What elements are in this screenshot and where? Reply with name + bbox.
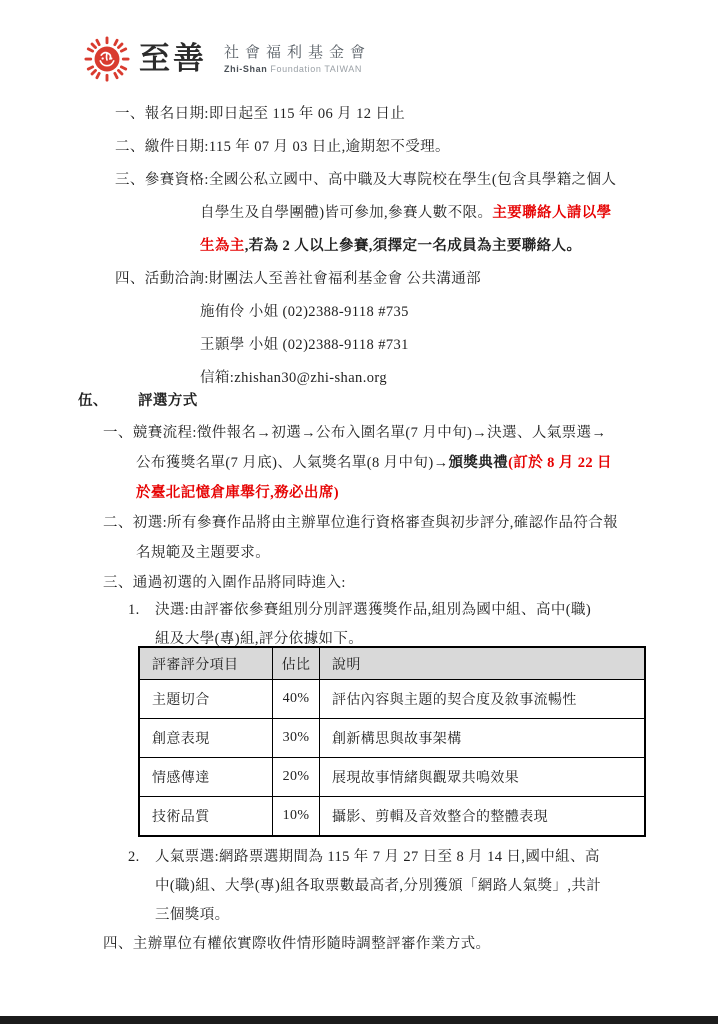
table-cell: 情感傳達: [139, 758, 273, 797]
text-segment: 生為主: [200, 238, 245, 254]
text-segment: 組及大學(專)組,評分依據如下。: [155, 631, 363, 647]
text-segment: 於臺北記憶倉庫舉行,務必出席): [136, 485, 339, 501]
table-cell: 30%: [273, 719, 320, 758]
table-row: 主題切合40%評估內容與主題的契合度及敘事流暢性: [139, 680, 645, 719]
text-segment: 四、主辦單位有權依實際收件情形隨時調整評審作業方式。: [103, 936, 490, 952]
table-cell: 40%: [273, 680, 320, 719]
line-preliminary-1: 二、初選:所有參賽作品將由主辦單位進行資格審查與初步評分,確認作品符合報: [103, 514, 618, 532]
table-cell: 創意表現: [139, 719, 273, 758]
line-eligibility-2: 自學生及自學團體)皆可參加,參賽人數不限。主要聯絡人請以學: [200, 204, 612, 222]
line-preliminary-2: 名規範及主題要求。: [136, 544, 270, 562]
table-row: 技術品質10%攝影、剪輯及音效整合的整體表現: [139, 797, 645, 837]
text-segment: 2.: [128, 849, 140, 865]
table-header-cell: 佔比: [273, 647, 320, 680]
line-organizer-right: 四、主辦單位有權依實際收件情形隨時調整評審作業方式。: [103, 935, 490, 953]
line-contact-2: 王顥學 小姐 (02)2388-9118 #731: [200, 336, 409, 354]
table-row: 情感傳達20%展現故事情緒與觀眾共鳴效果: [139, 758, 645, 797]
table-row: 創意表現30%創新構思與故事架構: [139, 719, 645, 758]
line-final-1: 決選:由評審依參賽組別分別評選獲獎作品,組別為國中組、高中(職): [155, 601, 591, 619]
line-contact-email: 信箱:zhishan30@zhi-shan.org: [200, 369, 387, 387]
logo-org-zh: 社會福利基金會: [224, 44, 371, 61]
line-process-1: 一、競賽流程:徵件報名→初選→公布入圍名單(7 月中旬)→決選、人氣票選→: [103, 424, 606, 442]
line-submission-date: 二、繳件日期:115 年 07 月 03 日止,逾期恕不受理。: [115, 138, 450, 156]
text-segment: 三、通過初選的入圍作品將同時進入:: [103, 575, 346, 591]
table-cell: 10%: [273, 797, 320, 837]
text-segment: 公布獲獎名單(7 月底)、人氣獎名單(8 月中旬)→: [136, 455, 448, 471]
text-segment: 伍、: [78, 393, 108, 409]
text-segment: 人氣票選:網路票選期間為 115 年 7 月 27 日至 8 月 14 日,國中…: [155, 849, 600, 865]
table-header-cell: 評審評分項目: [139, 647, 273, 680]
text-segment: 二、初選:所有參賽作品將由主辦單位進行資格審查與初步評分,確認作品符合報: [103, 515, 618, 531]
text-segment: 名規範及主題要求。: [136, 545, 270, 561]
text-segment: 評選方式: [138, 393, 198, 409]
table-cell: 攝影、剪輯及音效整合的整體表現: [320, 797, 646, 837]
text-segment: 決選:由評審依參賽組別分別評選獲獎作品,組別為國中組、高中(職): [155, 602, 591, 618]
line-contact-1: 施侑伶 小姐 (02)2388-9118 #735: [200, 303, 409, 321]
section-title-evaluation: 評選方式: [138, 392, 198, 410]
text-segment: 信箱:zhishan30@zhi-shan.org: [200, 370, 387, 386]
table-cell: 展現故事情緒與觀眾共鳴效果: [320, 758, 646, 797]
line-eligibility-1: 三、參賽資格:全國公私立國中、高中職及大專院校在學生(包含具學籍之個人: [115, 171, 616, 189]
text-segment: ,若為 2 人以上參賽,須擇定一名成員為主要聯絡人。: [245, 238, 582, 254]
line-popular-1: 人氣票選:網路票選期間為 115 年 7 月 27 日至 8 月 14 日,國中…: [155, 848, 600, 866]
table-cell: 技術品質: [139, 797, 273, 837]
line-registration-date: 一、報名日期:即日起至 115 年 06 月 12 日止: [115, 105, 405, 123]
table-cell: 創新構思與故事架構: [320, 719, 646, 758]
text-segment: (訂於 8 月 22 日: [508, 455, 612, 471]
page-bottom-bar: [0, 1016, 718, 1024]
text-segment: 施侑伶 小姐 (02)2388-9118 #735: [200, 304, 409, 320]
text-segment: 三個獎項。: [155, 907, 230, 923]
text-segment: 三、參賽資格:全國公私立國中、高中職及大專院校在學生(包含具學籍之個人: [115, 172, 616, 188]
table-cell: 20%: [273, 758, 320, 797]
text-segment: 一、競賽流程:徵件報名→初選→公布入圍名單(7 月中旬)→決選、人氣票選→: [103, 425, 606, 441]
line-contact-dept: 四、活動洽詢:財團法人至善社會福利基金會 公共溝通部: [115, 270, 481, 288]
text-segment: 自學生及自學團體)皆可參加,參賽人數不限。: [200, 205, 492, 221]
line-process-2: 公布獲獎名單(7 月底)、人氣獎名單(8 月中旬)→頒獎典禮(訂於 8 月 22…: [136, 454, 612, 472]
text-segment: 頒獎典禮: [448, 455, 508, 471]
table-cell: 主題切合: [139, 680, 273, 719]
logo-org-en: Zhi-Shan Foundation TAIWAN: [224, 64, 371, 74]
logo-name-zh: 至善: [139, 44, 207, 75]
text-segment: 1.: [128, 602, 140, 618]
table-header-cell: 說明: [320, 647, 646, 680]
section-number: 伍、: [78, 392, 108, 410]
line-shortlist: 三、通過初選的入圍作品將同時進入:: [103, 574, 346, 592]
text-segment: 四、活動洽詢:財團法人至善社會福利基金會 公共溝通部: [115, 271, 481, 287]
text-segment: 一、報名日期:即日起至 115 年 06 月 12 日止: [115, 106, 405, 122]
line-eligibility-3: 生為主,若為 2 人以上參賽,須擇定一名成員為主要聯絡人。: [200, 237, 581, 255]
text-segment: 主要聯絡人請以學: [492, 205, 611, 221]
line-process-3: 於臺北記憶倉庫舉行,務必出席): [136, 484, 339, 502]
line-final-num: 1.: [128, 601, 140, 619]
sun-icon: [84, 36, 130, 82]
logo-en-bold: Zhi-Shan: [224, 64, 267, 74]
line-popular-3: 三個獎項。: [155, 906, 230, 924]
document-page: 至善 社會福利基金會 Zhi-Shan Foundation TAIWAN 一、…: [0, 0, 718, 1024]
text-segment: 二、繳件日期:115 年 07 月 03 日止,逾期恕不受理。: [115, 139, 450, 155]
table-cell: 評估內容與主題的契合度及敘事流暢性: [320, 680, 646, 719]
logo-en-rest: Foundation TAIWAN: [270, 64, 362, 74]
logo-text-block: 社會福利基金會 Zhi-Shan Foundation TAIWAN: [224, 44, 371, 74]
text-segment: 王顥學 小姐 (02)2388-9118 #731: [200, 337, 409, 353]
zhishan-foundation-logo: 至善 社會福利基金會 Zhi-Shan Foundation TAIWAN: [84, 36, 371, 82]
text-segment: 中(職)組、大學(專)組各取票數最高者,分別獲頒「網路人氣獎」,共計: [155, 878, 601, 894]
line-popular-2: 中(職)組、大學(專)組各取票數最高者,分別獲頒「網路人氣獎」,共計: [155, 877, 601, 895]
scoring-table: 評審評分項目佔比說明主題切合40%評估內容與主題的契合度及敘事流暢性創意表現30…: [138, 646, 646, 837]
line-popular-num: 2.: [128, 848, 140, 866]
